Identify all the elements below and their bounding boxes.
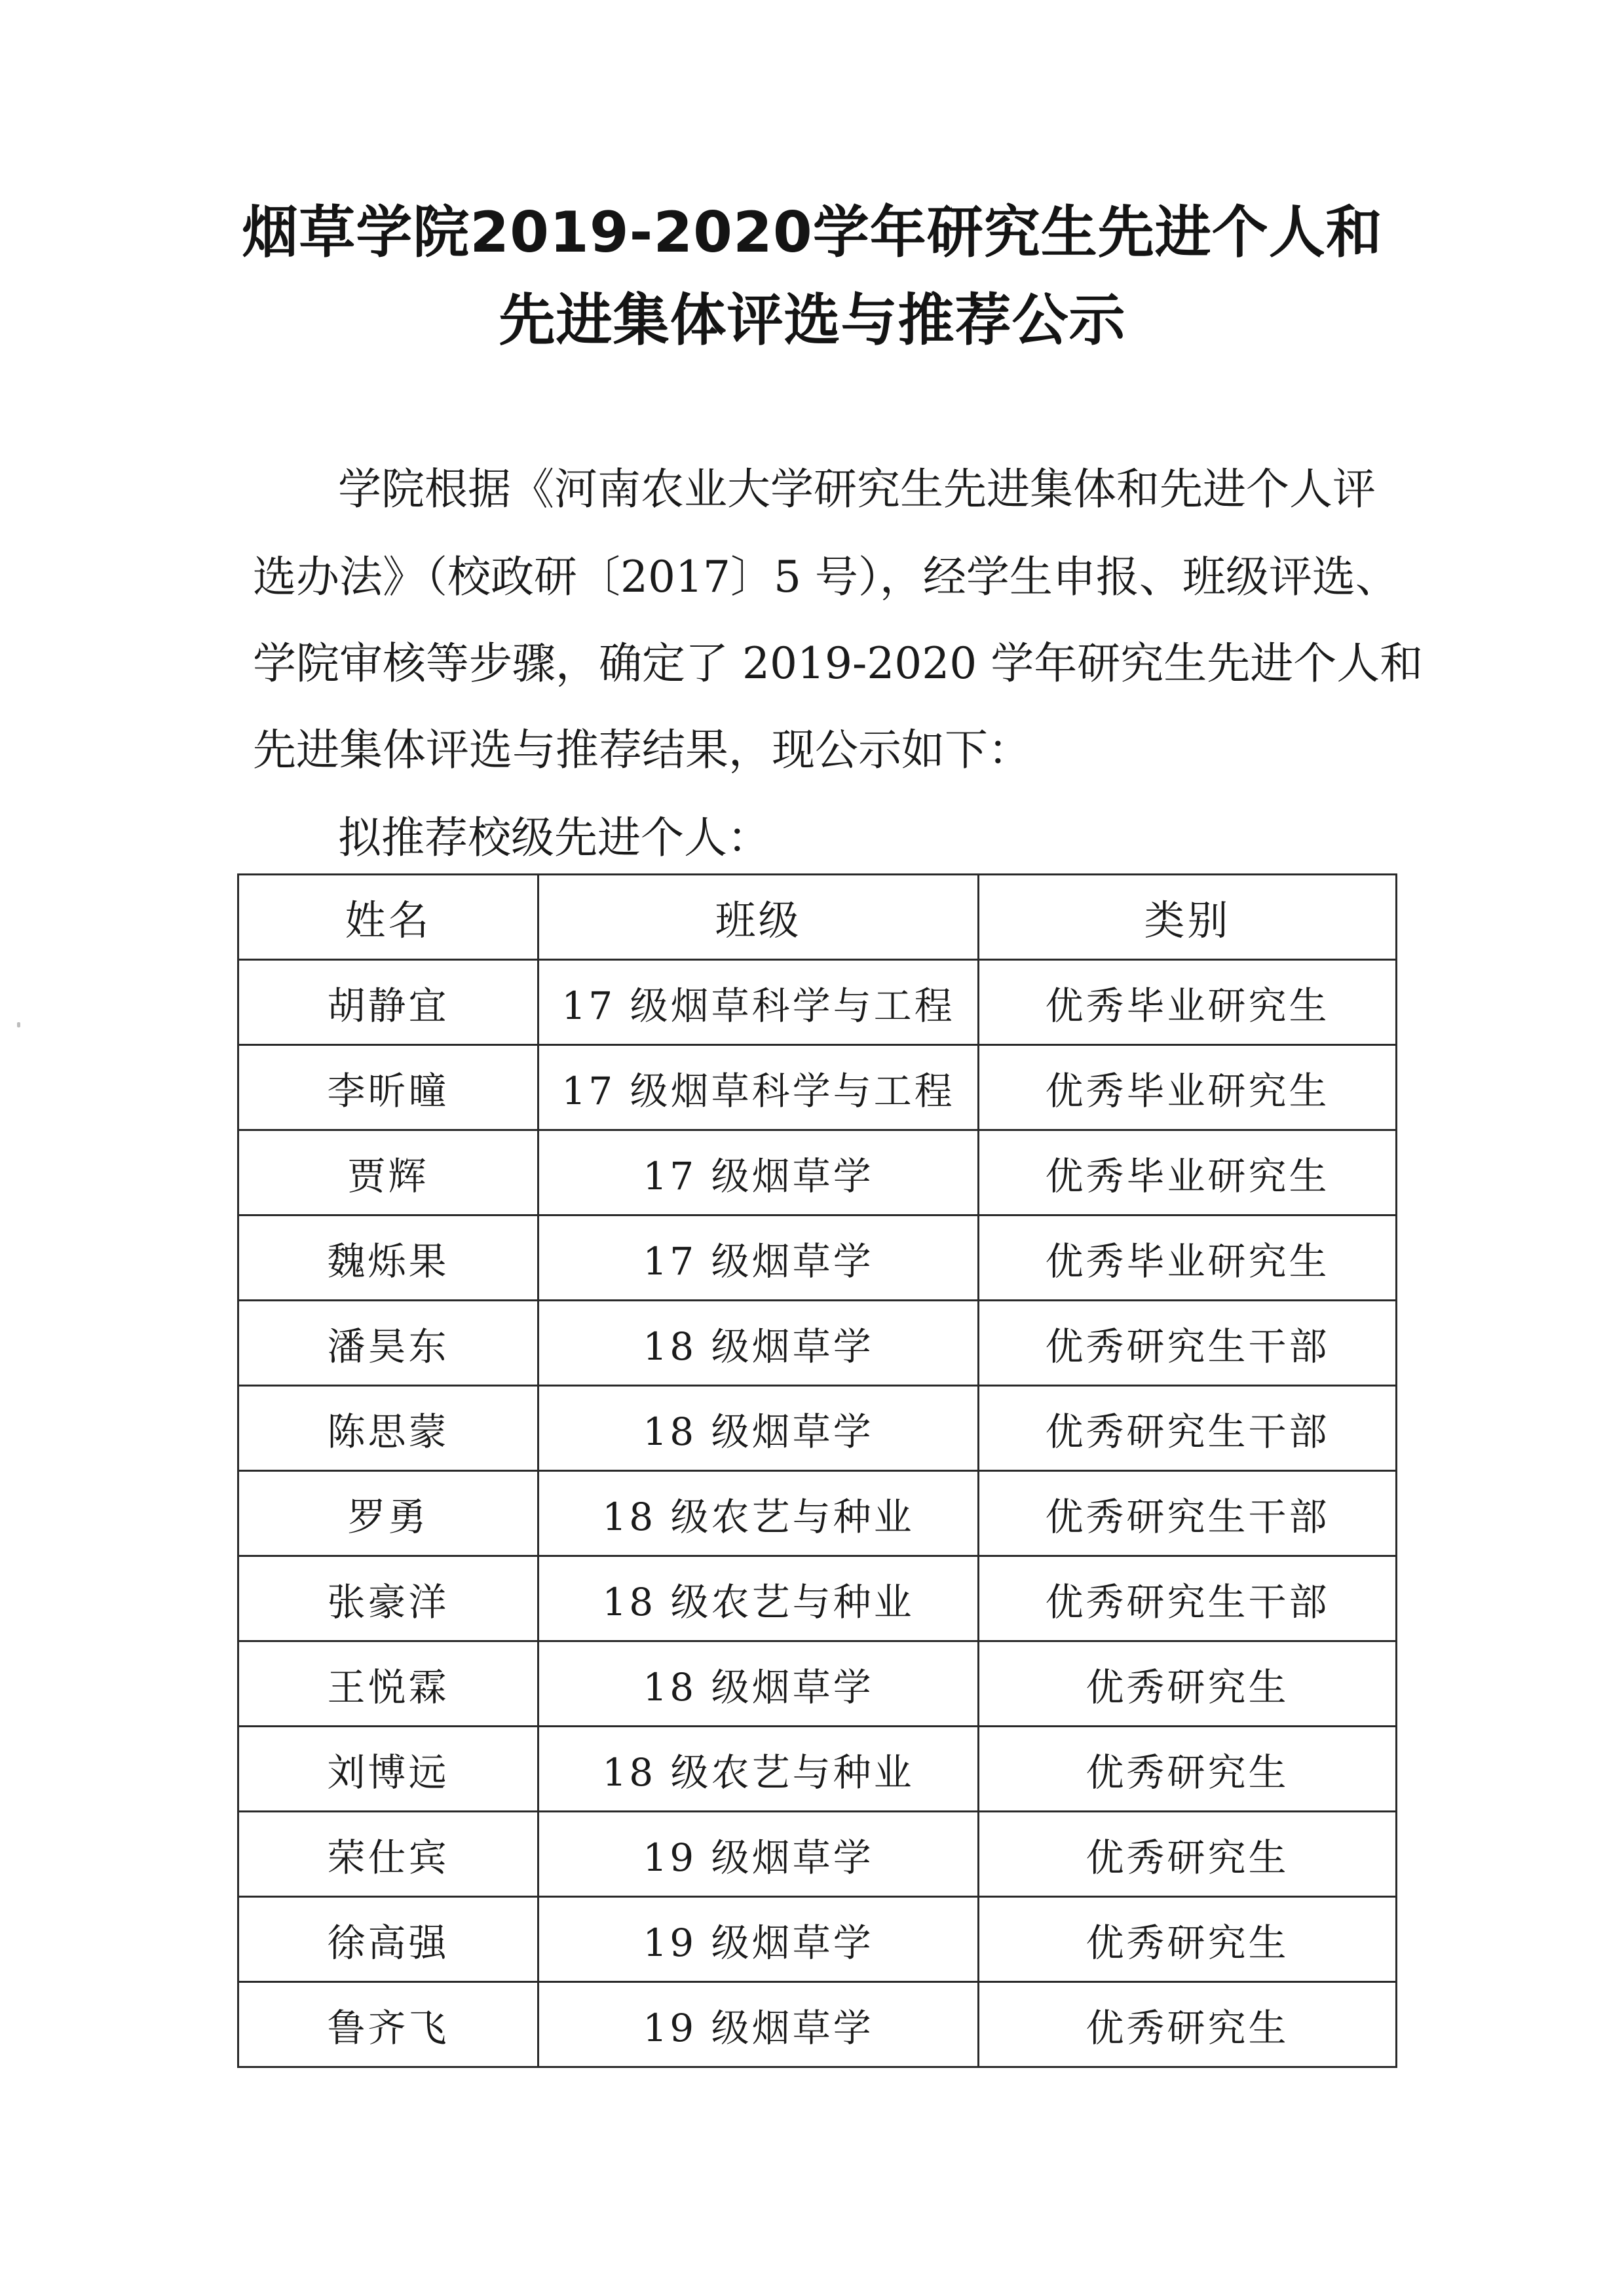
cell-name: 徐高强 [238,1897,538,1982]
cell-name: 刘博远 [238,1727,538,1812]
document-title-line-1: 烟草学院2019-2020学年研究生先进个人和 [236,204,1389,261]
cell-category: 优秀研究生干部 [979,1471,1397,1556]
table-row: 胡静宜 17 级烟草科学与工程 优秀毕业研究生 [238,960,1397,1045]
cell-class: 18 级烟草学 [538,1301,979,1386]
cell-name: 荣仕宾 [238,1812,538,1897]
cell-name: 张豪洋 [238,1556,538,1641]
cell-category: 优秀研究生 [979,1727,1397,1812]
scan-artifact-mark [17,1022,20,1027]
column-header-name: 姓名 [238,875,538,960]
body-paragraph-line-1: 学院根据《河南农业大学研究生先进集体和先进个人评 [338,468,1465,511]
table-row: 魏烁果 17 级烟草学 优秀毕业研究生 [238,1215,1397,1301]
table-header-row: 姓名 班级 类别 [238,875,1397,960]
cell-category: 优秀毕业研究生 [979,1045,1397,1130]
document-title-line-2: 先进集体评选与推荐公示 [236,292,1389,349]
cell-name: 李昕曈 [238,1045,538,1130]
cell-class: 19 级烟草学 [538,1812,979,1897]
body-paragraph-line-3: 学院审核等步骤，确定了 2019-2020 学年研究生先进个人和 [253,642,1380,685]
cell-name: 罗勇 [238,1471,538,1556]
cell-name: 胡静宜 [238,960,538,1045]
table-row: 李昕曈 17 级烟草科学与工程 优秀毕业研究生 [238,1045,1397,1130]
cell-class: 18 级烟草学 [538,1386,979,1471]
cell-name: 潘昊东 [238,1301,538,1386]
cell-name: 鲁齐飞 [238,1982,538,2067]
body-paragraph-line-2: 选办法》（校政研〔2017〕5 号），经学生申报、班级评选、 [253,556,1380,599]
cell-name: 王悦霖 [238,1641,538,1727]
table-row: 鲁齐飞 19 级烟草学 优秀研究生 [238,1982,1397,2067]
table-row: 刘博远 18 级农艺与种业 优秀研究生 [238,1727,1397,1812]
cell-class: 17 级烟草科学与工程 [538,1045,979,1130]
document-page: 烟草学院2019-2020学年研究生先进个人和 先进集体评选与推荐公示 学院根据… [0,0,1624,2296]
cell-name: 贾辉 [238,1130,538,1215]
table-row: 张豪洋 18 级农艺与种业 优秀研究生干部 [238,1556,1397,1641]
table-row: 徐高强 19 级烟草学 优秀研究生 [238,1897,1397,1982]
cell-class: 19 级烟草学 [538,1982,979,2067]
cell-category: 优秀研究生 [979,1812,1397,1897]
column-header-class: 班级 [538,875,979,960]
cell-name: 魏烁果 [238,1215,538,1301]
cell-name: 陈思蒙 [238,1386,538,1471]
body-paragraph-line-4: 先进集体评选与推荐结果，现公示如下： [253,729,1380,772]
cell-class: 18 级烟草学 [538,1641,979,1727]
table-row: 罗勇 18 级农艺与种业 优秀研究生干部 [238,1471,1397,1556]
cell-category: 优秀研究生干部 [979,1301,1397,1386]
cell-category: 优秀研究生 [979,1982,1397,2067]
table-row: 贾辉 17 级烟草学 优秀毕业研究生 [238,1130,1397,1215]
cell-class: 17 级烟草学 [538,1215,979,1301]
cell-class: 17 级烟草学 [538,1130,979,1215]
cell-class: 18 级农艺与种业 [538,1727,979,1812]
cell-category: 优秀研究生干部 [979,1556,1397,1641]
cell-category: 优秀研究生干部 [979,1386,1397,1471]
cell-category: 优秀研究生 [979,1897,1397,1982]
table-row: 潘昊东 18 级烟草学 优秀研究生干部 [238,1301,1397,1386]
cell-category: 优秀毕业研究生 [979,1215,1397,1301]
cell-class: 17 级烟草科学与工程 [538,960,979,1045]
cell-class: 18 级农艺与种业 [538,1556,979,1641]
table-row: 陈思蒙 18 级烟草学 优秀研究生干部 [238,1386,1397,1471]
cell-class: 19 级烟草学 [538,1897,979,1982]
cell-category: 优秀毕业研究生 [979,960,1397,1045]
cell-category: 优秀研究生 [979,1641,1397,1727]
cell-category: 优秀毕业研究生 [979,1130,1397,1215]
recommended-individuals-table: 姓名 班级 类别 胡静宜 17 级烟草科学与工程 优秀毕业研究生 李昕曈 17 … [237,873,1397,2068]
table-row: 王悦霖 18 级烟草学 优秀研究生 [238,1641,1397,1727]
table-row: 荣仕宾 19 级烟草学 优秀研究生 [238,1812,1397,1897]
column-header-category: 类别 [979,875,1397,960]
cell-class: 18 级农艺与种业 [538,1471,979,1556]
section-heading: 拟推荐校级先进个人： [338,816,1465,860]
